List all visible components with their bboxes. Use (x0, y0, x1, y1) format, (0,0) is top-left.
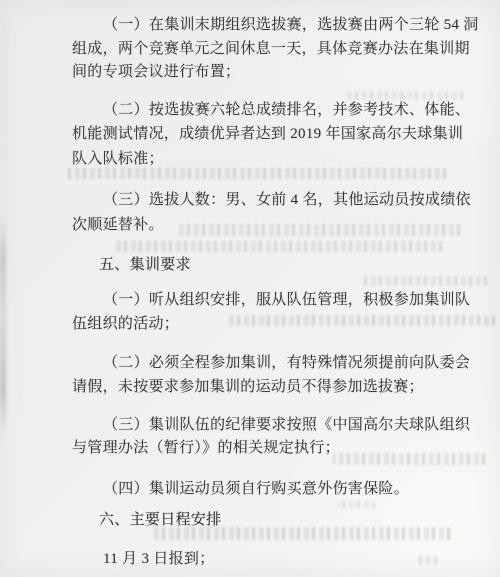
body-line: （三）选拔人数：男、女前 4 名，其他运动员按成绩依 (103, 192, 471, 208)
body-line: 组成，两个竞赛单元之间休息一天，具体竞赛办法在集训期 (72, 41, 470, 57)
body-line: （二）按选拔赛六轮总成绩排名，并参考技术、体能、 (103, 102, 470, 118)
body-line: 伍组织的活动； (72, 316, 179, 332)
body-line: （四）集训运动员须自行购买意外伤害保险。 (103, 481, 409, 497)
body-line: （一）听从组织安排，服从队伍管理，积极参加集训队 (103, 292, 470, 308)
scan-edge-smudge (0, 218, 6, 433)
body-line: 次顺延替补。 (72, 217, 164, 233)
body-line: 间的专项会议进行布置； (72, 64, 240, 80)
section-heading: 五、集训要求 (99, 257, 191, 273)
bleedthrough-artifact (175, 224, 460, 236)
bleedthrough-artifact (363, 276, 487, 286)
section-heading: 六、主要日程安排 (99, 512, 221, 528)
body-line: 11 月 3 日报到； (103, 551, 215, 567)
body-line: （三）集训队伍的纪律要求按照《中国高尔夫球队组织 (103, 417, 470, 433)
body-line: 请假，未按要求参加集训的运动员不得参加选拔赛； (72, 379, 424, 395)
bleedthrough-artifact (333, 453, 485, 465)
bleedthrough-artifact (227, 315, 495, 326)
bleedthrough-artifact (337, 501, 375, 509)
bleedthrough-artifact (112, 241, 442, 252)
body-line: 机能测试情况，成绩优异者达到 2019 年国家高尔夫球集训 (72, 126, 463, 142)
body-line: 与管理办法（暂行）》的相关规定执行； (72, 440, 340, 456)
bleedthrough-artifact (153, 527, 450, 540)
bleedthrough-artifact (417, 556, 437, 565)
bleedthrough-artifact (347, 91, 463, 100)
bleedthrough-artifact (66, 168, 446, 179)
body-line: 队入队标准； (72, 151, 164, 167)
body-line: （二）必须全程参加集训，有特殊情况须提前向队委会 (103, 355, 470, 371)
body-line: （一）在集训末期组织选拔赛，选拔赛由两个三轮 54 洞 (103, 17, 479, 33)
scanned-document-page: （一）在集训末期组织选拔赛，选拔赛由两个三轮 54 洞组成，两个竞赛单元之间休息… (0, 0, 500, 577)
